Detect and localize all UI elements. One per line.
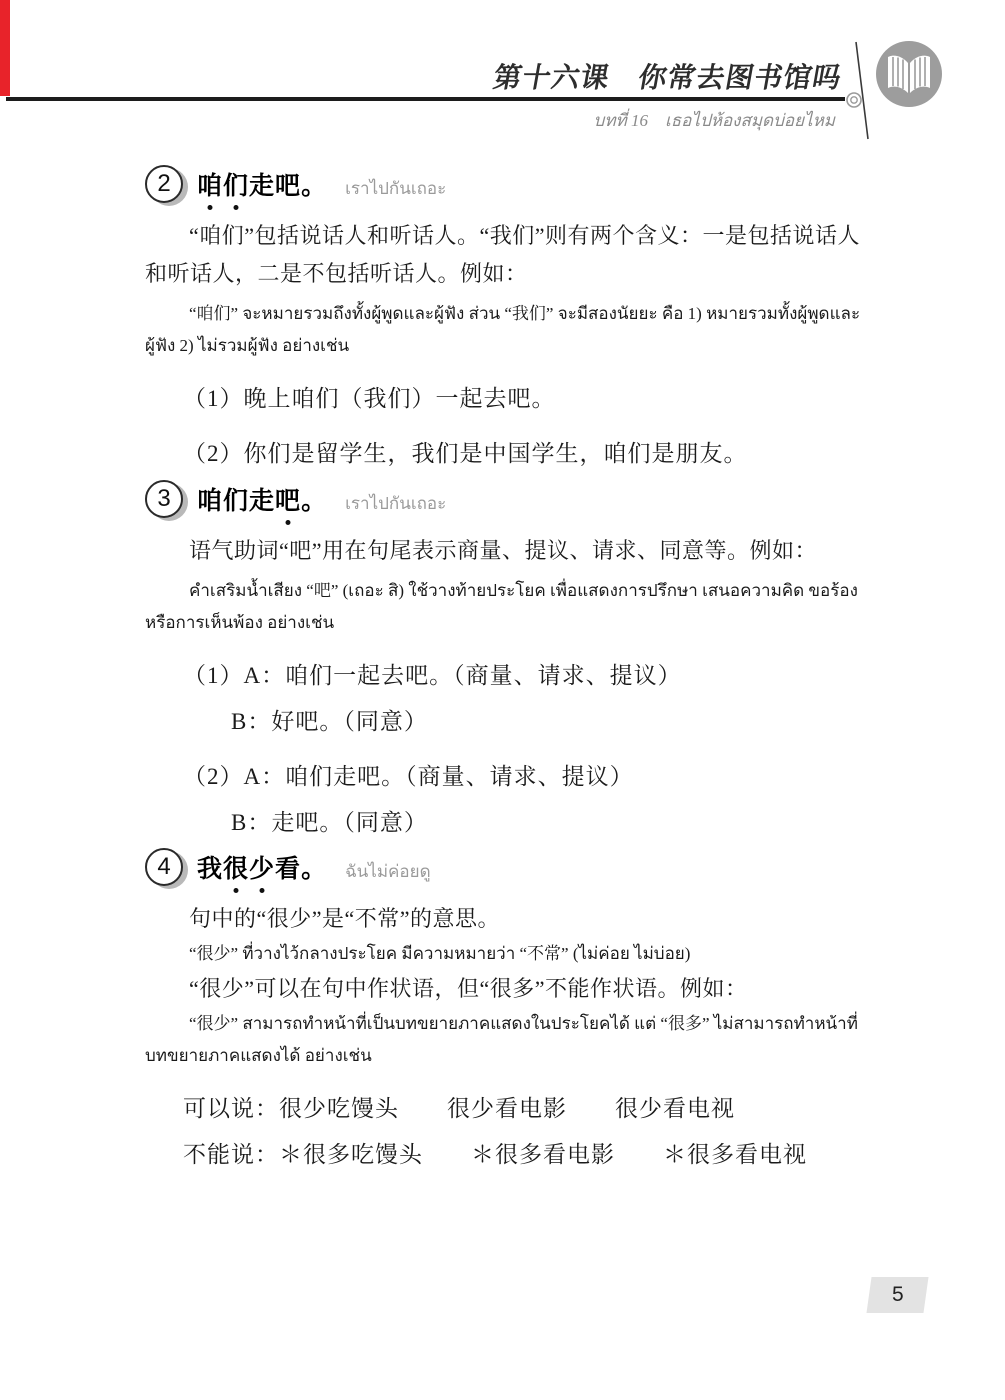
header-rule (6, 97, 845, 101)
grammar-point-2: 2 咱们走吧。 เราไปกันเถอะ “咱们”包括说话人和听话人。“我们”则… (145, 163, 870, 477)
point-number: 4 (145, 848, 183, 886)
point-number-badge: 4 (145, 848, 183, 886)
dialog-line-a: （2）A：咱们走吧。（商量、请求、提议） (145, 754, 870, 800)
page-number-badge: 5 (866, 1277, 928, 1313)
example-cannot-say: 不能说：＊很多吃馒头 ＊很多看电影 ＊很多看电视 (145, 1132, 870, 1178)
example-sentence: （1）晚上咱们（我们）一起去吧。 (145, 376, 870, 422)
publisher-logo (876, 41, 942, 107)
explanation-th: “很少” ที่วางไว้กลางประโยค มีความหมายว่า “… (145, 938, 870, 970)
double-circle-icon (847, 93, 861, 107)
grammar-point-3: 3 咱们走吧。 เราไปกันเถอะ 语气助词“吧”用在句尾表示商量、提议、… (145, 478, 870, 846)
point-heading-row: 2 咱们走吧。 เราไปกันเถอะ (145, 163, 870, 205)
lesson-subtitle-th: บทที่ 16 เธอไปห้องสมุดบ่อยไหม (594, 106, 835, 134)
spacer (145, 745, 870, 754)
explanation-zh: “很少”可以在句中作状语，但“很多”不能作状语。例如： (145, 970, 870, 1008)
point-heading-th: ฉันไม่ค่อยดู (345, 858, 431, 888)
dialog-line-b: B：走吧。（同意） (145, 800, 870, 846)
point-number: 2 (145, 165, 183, 203)
point-heading-zh: 咱们走吧。 (197, 166, 327, 202)
explanation-zh: “咱们”包括说话人和听话人。“我们”则有两个含义：一是包括说话人和听话人，二是不… (145, 217, 870, 293)
example-sentence: （2）你们是留学生，我们是中国学生，咱们是朋友。 (145, 431, 870, 477)
explanation-th: คำเสริมน้ำเสียง “吧” (เถอะ สิ) ใช้วางท้าย… (145, 575, 870, 639)
grammar-point-4: 4 我很少看。 ฉันไม่ค่อยดู 句中的“很少”是“不常”的意思。 “很… (145, 846, 870, 1178)
page-number: 5 (892, 1283, 904, 1307)
point-heading-row: 4 我很少看。 ฉันไม่ค่อยดู (145, 846, 870, 888)
spacer (145, 422, 870, 431)
point-heading-th: เราไปกันเถอะ (345, 175, 446, 205)
dialog-line-a: （1）A：咱们一起去吧。（商量、请求、提议） (145, 653, 870, 699)
dialog-line-b: B：好吧。（同意） (145, 699, 870, 745)
point-number-badge: 3 (145, 480, 183, 518)
spine-color-bar (0, 0, 10, 96)
point-number-badge: 2 (145, 165, 183, 203)
point-heading-zh: 我很少看。 (197, 849, 327, 885)
explanation-th: “咱们” จะหมายรวมถึงทั้งผู้พูดและผู้ฟัง ส่ว… (145, 298, 870, 362)
point-heading-th: เราไปกันเถอะ (345, 490, 446, 520)
lesson-title-zh: 第十六课 你常去图书馆吗 (490, 56, 845, 96)
point-heading-zh: 咱们走吧。 (197, 481, 327, 517)
point-heading-row: 3 咱们走吧。 เราไปกันเถอะ (145, 478, 870, 520)
point-number: 3 (145, 480, 183, 518)
explanation-zh: 语气助词“吧”用在句尾表示商量、提议、请求、同意等。例如： (145, 532, 870, 570)
example-can-say: 可以说：很少吃馒头 很少看电影 很少看电视 (145, 1086, 870, 1132)
explanation-th: “很少” สามารถทำหน้าที่เป็นบทขยายภาคแสดงในป… (145, 1008, 870, 1072)
open-book-icon (876, 41, 942, 107)
explanation-zh: 句中的“很少”是“不常”的意思。 (145, 900, 870, 938)
